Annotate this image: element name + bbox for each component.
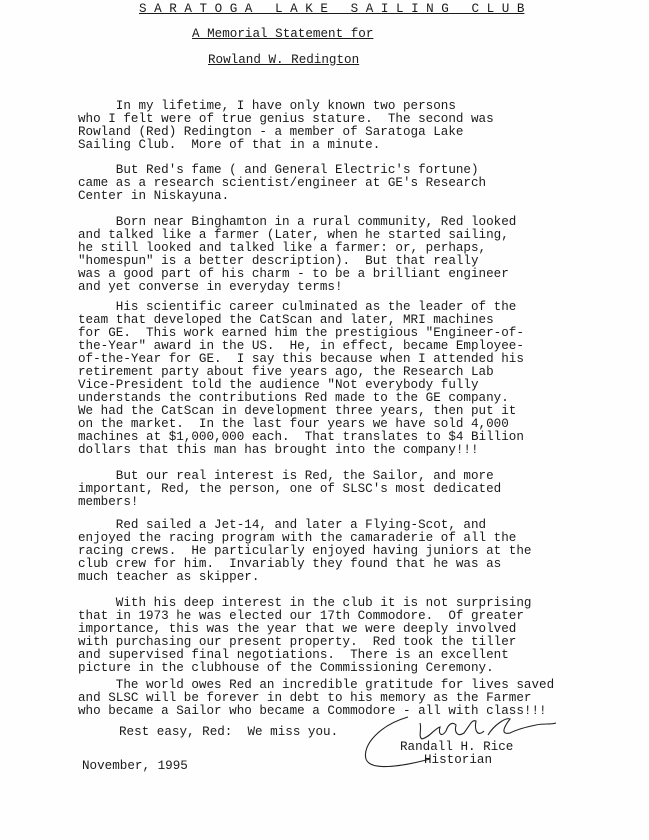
paragraph-intro: In my lifetime, I have only known two pe… [78,100,638,152]
text-line: dollars that this man has brought into t… [78,444,638,457]
text-line: much teacher as skipper. [78,571,638,584]
document-date: November, 1995 [82,760,188,773]
text-line: and yet converse in everyday terms! [78,281,638,294]
paragraph-scientific-career: His scientific career culminated as the … [78,301,638,457]
text-line: important, Red, the person, one of SLSC'… [78,483,638,496]
text-line: Center in Niskayuna. [78,190,638,203]
memorial-document: S A R A T O G A L A K E S A I L I N G C … [0,0,649,840]
paragraph-sailing: Red sailed a Jet-14, and later a Flying-… [78,519,638,584]
paragraph-commodore: With his deep interest in the club it is… [78,597,638,675]
closing-line: Rest easy, Red: We miss you. [119,726,338,739]
paragraph-background: Born near Binghamton in a rural communit… [78,216,638,294]
text-line: members! [78,496,638,509]
text-line: picture in the clubhouse of the Commissi… [78,662,638,675]
honoree-name: Rowland W. Redington [208,54,359,67]
text-line: Sailing Club. More of that in a minute. [78,139,638,152]
document-subtitle: A Memorial Statement for [192,28,373,41]
paragraph-ge-career: But Red's fame ( and General Electric's … [78,164,638,203]
paragraph-sailor: But our real interest is Red, the Sailor… [78,470,638,509]
club-name-heading: S A R A T O G A L A K E S A I L I N G C … [139,3,524,16]
paragraph-gratitude: The world owes Red an incredible gratitu… [78,679,638,718]
signer-title: Historian [424,754,492,767]
